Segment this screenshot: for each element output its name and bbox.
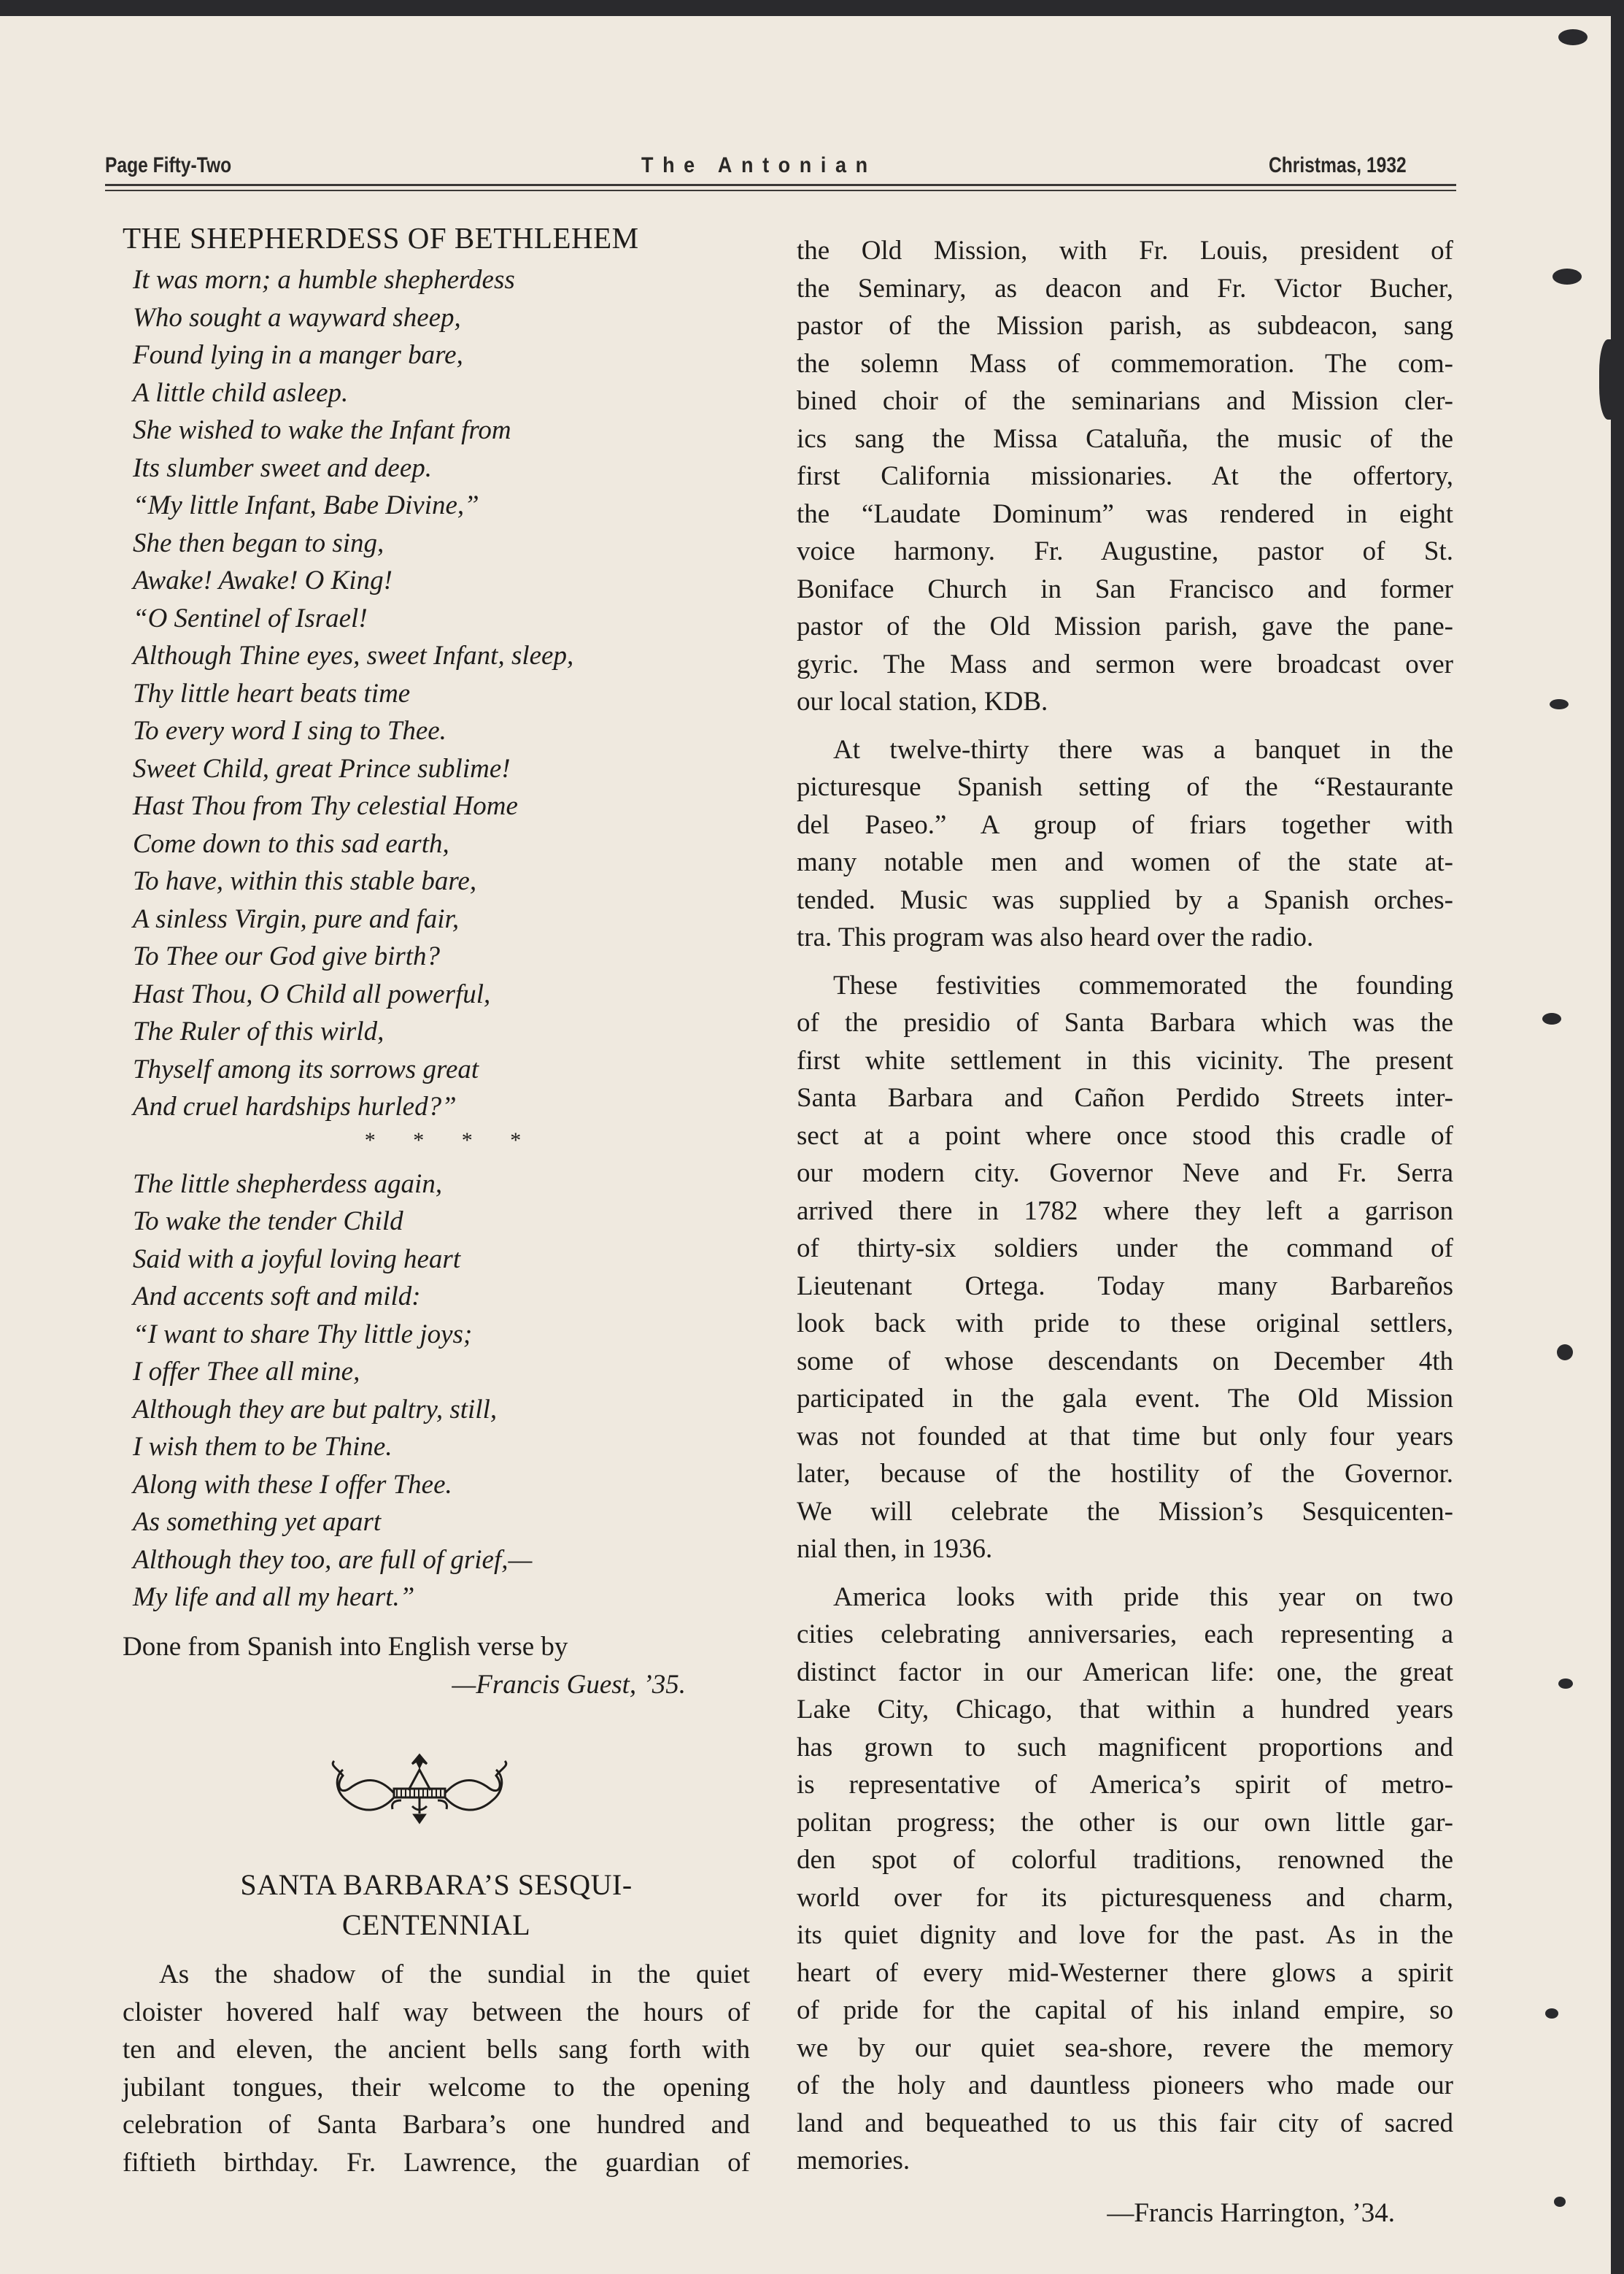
text-line: politan progress; the other is our own l… <box>797 1804 1453 1842</box>
poem-line: To have, within this stable bare, <box>133 863 750 901</box>
text-line: many notable men and women of the state … <box>797 844 1453 882</box>
article-title-line-2: CENTENNIAL <box>123 1905 750 1945</box>
poem-line: To Thee our God give birth? <box>133 938 750 976</box>
text-line: our modern city. Governor Neve and Fr. S… <box>797 1155 1453 1192</box>
text-line: celebration of Santa Barbara’s one hundr… <box>123 2106 750 2144</box>
poem-line: The little shepherdess again, <box>133 1165 750 1203</box>
text-line: the Old Mission, with Fr. Louis, preside… <box>797 232 1453 270</box>
poem-line: Hast Thou from Thy celestial Home <box>133 787 750 825</box>
text-line: pastor of the Mission parish, as subdeac… <box>797 307 1453 345</box>
poem-line: She wished to wake the Infant from <box>133 412 750 450</box>
poem-line: The Ruler of this wirld, <box>133 1013 750 1051</box>
stanza-separator: * * * * <box>123 1126 750 1155</box>
text-line: world over for its picturesqueness and c… <box>797 1879 1453 1917</box>
poem-line: My life and all my heart.” <box>133 1579 750 1616</box>
poem-line: And accents soft and mild: <box>133 1278 750 1316</box>
text-line: These festivities commemorated the found… <box>797 967 1453 1005</box>
publication-title: The Antonian <box>641 153 877 178</box>
poem-line: Said with a joyful loving heart <box>133 1241 750 1279</box>
text-line: first California missionaries. At the of… <box>797 458 1453 496</box>
text-line: Lieutenant Ortega. Today many Barbareños <box>797 1268 1453 1306</box>
text-line: later, because of the hostility of the G… <box>797 1455 1453 1493</box>
poem-stanza-2: The little shepherdess again,To wake the… <box>123 1165 750 1616</box>
poem-line: Its slumber sweet and deep. <box>133 450 750 487</box>
poem-line: Although Thine eyes, sweet Infant, sleep… <box>133 637 750 675</box>
poem-line: A sinless Virgin, pure and fair, <box>133 901 750 938</box>
text-line: cloister hovered half way between the ho… <box>123 1994 750 2032</box>
poem-stanza-1: It was morn; a humble shepherdessWho sou… <box>123 261 750 1126</box>
poem-line: She then began to sing, <box>133 525 750 563</box>
poem-line: Thyself among its sorrows great <box>133 1051 750 1089</box>
text-line: gyric. The Mass and sermon were broadcas… <box>797 646 1453 684</box>
binding-hole <box>1542 1013 1561 1025</box>
text-line: of pride for the capital of his inland e… <box>797 1992 1453 2030</box>
text-line: we by our quiet sea-shore, revere the me… <box>797 2030 1453 2067</box>
text-line: Boniface Church in San Francisco and for… <box>797 571 1453 609</box>
issue-date: Christmas, 1932 <box>1269 153 1407 178</box>
text-line: sect at a point where once stood this cr… <box>797 1117 1453 1155</box>
text-line: was not founded at that time but only fo… <box>797 1418 1453 1456</box>
text-line: tra. This program was also heard over th… <box>797 919 1453 957</box>
article-paragraph: the Old Mission, with Fr. Louis, preside… <box>797 232 1453 721</box>
text-line: has grown to such magnificent proportion… <box>797 1729 1453 1767</box>
poem-line: To wake the tender Child <box>133 1203 750 1241</box>
page-tear-mark <box>1599 339 1621 420</box>
poem-line: Come down to this sad earth, <box>133 825 750 863</box>
header-rule <box>105 190 1456 191</box>
text-line: tended. Music was supplied by a Spanish … <box>797 882 1453 920</box>
poem-line: A little child asleep. <box>133 374 750 412</box>
poem-line: As something yet apart <box>133 1503 750 1541</box>
binding-hole <box>1550 699 1569 709</box>
text-line: heart of every mid-Westerner there glows… <box>797 1954 1453 1992</box>
poem-line: “O Sentinel of Israel! <box>133 600 750 638</box>
text-line: America looks with pride this year on tw… <box>797 1579 1453 1616</box>
text-line: ten and eleven, the ancient bells sang f… <box>123 2031 750 2069</box>
text-line: the Seminary, as deacon and Fr. Victor B… <box>797 270 1453 308</box>
text-line: As the shadow of the sundial in the quie… <box>123 1956 750 1994</box>
poem-section: THE SHEPHERDESS OF BETHLEHEM It was morn… <box>123 220 750 1704</box>
text-line: look back with pride to these original s… <box>797 1305 1453 1343</box>
text-line: arrived there in 1782 where they left a … <box>797 1192 1453 1230</box>
text-line: jubilant tongues, their welcome to the o… <box>123 2069 750 2107</box>
poem-line: Thy little heart beats time <box>133 675 750 713</box>
poem-line: Along with these I offer Thee. <box>133 1466 750 1504</box>
text-line: ics sang the Missa Cataluña, the music o… <box>797 420 1453 458</box>
poem-line: And cruel hardships hurled?” <box>133 1088 750 1126</box>
article-body-left: As the shadow of the sundial in the quie… <box>123 1956 750 2181</box>
poem-title: THE SHEPHERDESS OF BETHLEHEM <box>123 220 750 255</box>
article-body-right: the Old Mission, with Fr. Louis, preside… <box>797 232 1453 2232</box>
text-line: is representative of America’s spirit of… <box>797 1766 1453 1804</box>
text-line: Santa Barbara and Cañon Perdido Streets … <box>797 1079 1453 1117</box>
text-line: pastor of the Old Mission parish, gave t… <box>797 608 1453 646</box>
poem-line: I offer Thee all mine, <box>133 1353 750 1391</box>
text-line: voice harmony. Fr. Augustine, pastor of … <box>797 533 1453 571</box>
article-paragraph: America looks with pride this year on tw… <box>797 1579 1453 2180</box>
header-rule <box>105 184 1456 186</box>
poem-line: Found lying in a manger bare, <box>133 336 750 374</box>
binding-hole <box>1545 2008 1558 2019</box>
text-line: fiftieth birthday. Fr. Lawrence, the gua… <box>123 2144 750 2182</box>
article-paragraph: At twelve-thirty there was a banquet in … <box>797 731 1453 957</box>
text-line: memories. <box>797 2142 1453 2180</box>
poem-line: I wish them to be Thine. <box>133 1428 750 1466</box>
page-number-label: Page Fifty-Two <box>105 153 231 178</box>
poem-line: Sweet Child, great Prince sublime! <box>133 750 750 788</box>
poem-line: It was morn; a humble shepherdess <box>133 261 750 299</box>
text-line: Lake City, Chicago, that within a hundre… <box>797 1691 1453 1729</box>
text-line: of the holy and dauntless pioneers who m… <box>797 2067 1453 2105</box>
text-line: some of whose descendants on December 4t… <box>797 1343 1453 1381</box>
binding-hole <box>1558 1678 1573 1689</box>
article-title-line-1: SANTA BARBARA’S SESQUI- <box>123 1865 750 1905</box>
binding-hole <box>1554 2197 1566 2207</box>
decorative-scroll-ornament-icon <box>321 1748 518 1828</box>
text-line: its quiet dignity and love for the past.… <box>797 1916 1453 1954</box>
text-line: the solemn Mass of commemoration. The co… <box>797 345 1453 383</box>
text-line: the “Laudate Dominum” was rendered in ei… <box>797 496 1453 533</box>
text-line: nial then, in 1936. <box>797 1530 1453 1568</box>
text-line: At twelve-thirty there was a banquet in … <box>797 731 1453 769</box>
poem-author: —Francis Guest, ’35. <box>123 1666 750 1704</box>
article-paragraph: These festivities commemorated the found… <box>797 967 1453 1568</box>
binding-hole <box>1553 269 1582 285</box>
text-line: of thirty-six soldiers under the command… <box>797 1230 1453 1268</box>
text-line: del Paseo.” A group of friars together w… <box>797 806 1453 844</box>
text-line: bined choir of the seminarians and Missi… <box>797 382 1453 420</box>
text-line: cities celebrating anniversaries, each r… <box>797 1616 1453 1654</box>
text-line: our local station, KDB. <box>797 683 1453 721</box>
text-line: We will celebrate the Mission’s Sesquice… <box>797 1493 1453 1531</box>
translation-credit: Done from Spanish into English verse by <box>123 1628 750 1666</box>
text-line: participated in the gala event. The Old … <box>797 1380 1453 1418</box>
text-line: of the presidio of Santa Barbara which w… <box>797 1004 1453 1042</box>
text-line: first white settlement in this vicinity.… <box>797 1042 1453 1080</box>
poem-line: Although they are but paltry, still, <box>133 1391 750 1429</box>
article-author: —Francis Harrington, ’34. <box>797 2194 1453 2232</box>
poem-line: “I want to share Thy little joys; <box>133 1316 750 1354</box>
poem-line: Hast Thou, O Child all powerful, <box>133 976 750 1014</box>
text-line: picturesque Spanish setting of the “Rest… <box>797 768 1453 806</box>
poem-line: Although they too, are full of grief,— <box>133 1541 750 1579</box>
poem-line: Who sought a wayward sheep, <box>133 299 750 337</box>
binding-hole <box>1557 1344 1573 1360</box>
article-title: SANTA BARBARA’S SESQUI- CENTENNIAL <box>123 1865 750 1945</box>
poem-line: To every word I sing to Thee. <box>133 712 750 750</box>
text-line: den spot of colorful traditions, renowne… <box>797 1841 1453 1879</box>
text-line: distinct factor in our American life: on… <box>797 1654 1453 1692</box>
binding-hole <box>1558 29 1588 45</box>
article-paragraph: As the shadow of the sundial in the quie… <box>123 1956 750 2181</box>
text-line: land and bequeathed to us this fair city… <box>797 2105 1453 2143</box>
poem-line: “My little Infant, Babe Divine,” <box>133 487 750 525</box>
poem-line: Awake! Awake! O King! <box>133 562 750 600</box>
